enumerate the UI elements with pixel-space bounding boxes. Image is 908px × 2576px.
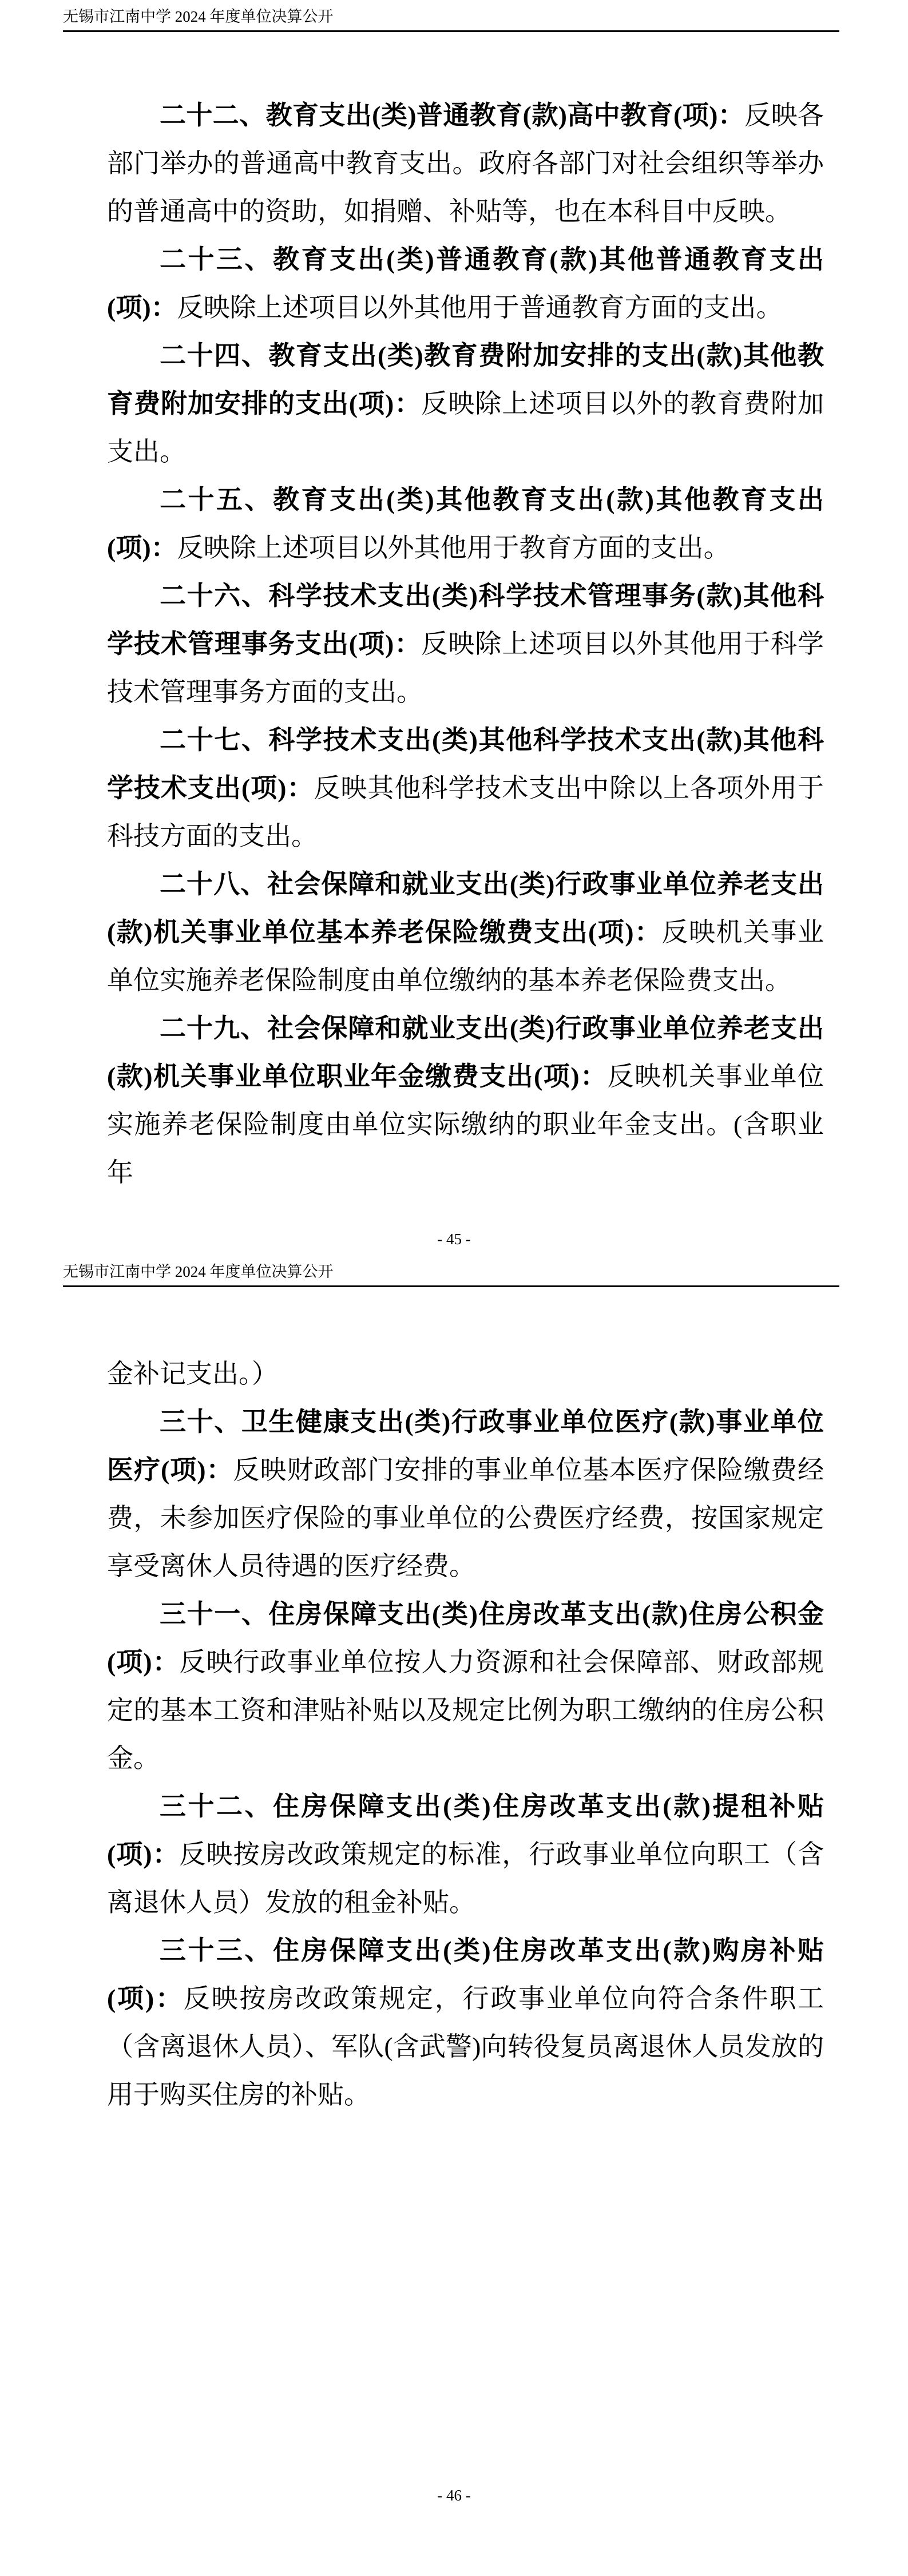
paragraph-22-heading: 二十二、教育支出(类)普通教育(款)高中教育(项)： [160, 101, 744, 130]
paragraph-33-text: 反映按房改政策规定，行政事业单位向符合条件职工（含离退休人员）、军队(含武警)向… [107, 1984, 824, 2109]
page-46-number: - 46 - [0, 2486, 908, 2504]
paragraph-30: 三十、卫生健康支出(类)行政事业单位医疗(款)事业单位医疗(项)：反映财政部门安… [107, 1398, 824, 1590]
paragraph-31-text: 反映行政事业单位按人力资源和社会保障部、财政部规定的基本工资和津贴补贴以及规定比… [107, 1648, 824, 1773]
page-46-header: 无锡市江南中学 2024 年度单位决算公开 [63, 1262, 839, 1287]
paragraph-31: 三十一、住房保障支出(类)住房改革支出(款)住房公积金(项)：反映行政事业单位按… [107, 1590, 824, 1783]
document-scroll-view: 无锡市江南中学 2024 年度单位决算公开 二十二、教育支出(类)普通教育(款)… [0, 0, 908, 2576]
page-45-number: - 45 - [0, 1230, 908, 1248]
paragraph-33: 三十三、住房保障支出(类)住房改革支出(款)购房补贴(项)：反映按房改政策规定，… [107, 1927, 824, 2119]
paragraph-24: 二十四、教育支出(类)教育费附加安排的支出(款)其他教育费附加安排的支出(项)：… [107, 332, 824, 476]
paragraph-32-text: 反映按房改政策规定的标准，行政事业单位向职工（含离退休人员）发放的租金补贴。 [107, 1840, 824, 1917]
page-46-body: 金补记支出。） 三十、卫生健康支出(类)行政事业单位医疗(款)事业单位医疗(项)… [107, 1350, 824, 2119]
paragraph-29-continuation-text: 金补记支出。） [107, 1359, 278, 1388]
page-45-body: 二十二、教育支出(类)普通教育(款)高中教育(项)：反映各部门举办的普通高中教育… [107, 92, 824, 1197]
paragraph-29: 二十九、社会保障和就业支出(类)行政事业单位养老支出(款)机关事业单位职业年金缴… [107, 1005, 824, 1197]
paragraph-28: 二十八、社会保障和就业支出(类)行政事业单位养老支出(款)机关事业单位基本养老保… [107, 860, 824, 1005]
paragraph-25: 二十五、教育支出(类)其他教育支出(款)其他教育支出(项)：反映除上述项目以外其… [107, 476, 824, 572]
page-45-header: 无锡市江南中学 2024 年度单位决算公开 [63, 7, 839, 32]
paragraph-23: 二十三、教育支出(类)普通教育(款)其他普通教育支出(项)：反映除上述项目以外其… [107, 236, 824, 332]
paragraph-29-continuation: 金补记支出。） [107, 1350, 824, 1398]
paragraph-22: 二十二、教育支出(类)普通教育(款)高中教育(项)：反映各部门举办的普通高中教育… [107, 92, 824, 236]
paragraph-26: 二十六、科学技术支出(类)科学技术管理事务(款)其他科学技术管理事务支出(项)：… [107, 572, 824, 716]
paragraph-25-text: 反映除上述项目以外其他用于教育方面的支出。 [177, 533, 730, 562]
paragraph-27: 二十七、科学技术支出(类)其他科学技术支出(款)其他科学技术支出(项)：反映其他… [107, 716, 824, 860]
paragraph-32: 三十二、住房保障支出(类)住房改革支出(款)提租补贴(项)：反映按房改政策规定的… [107, 1783, 824, 1927]
paragraph-23-text: 反映除上述项目以外其他用于普通教育方面的支出。 [177, 293, 783, 322]
